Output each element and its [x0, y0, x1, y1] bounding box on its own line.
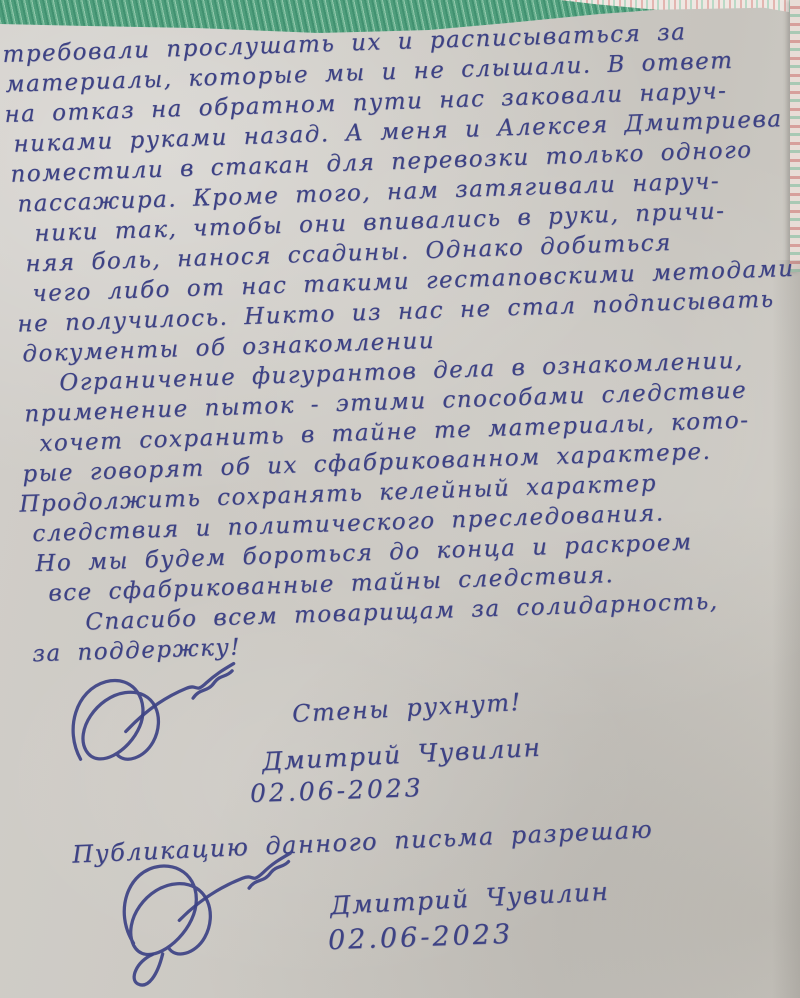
slogan-line: Стены рухнут!	[291, 688, 522, 728]
photo-of-handwritten-letter: требовали прослушать их и расписываться …	[0, 0, 800, 998]
permission-signer-name: Дмитрий Чувилин	[329, 877, 610, 921]
signer-name: Дмитрий Чувилин	[261, 733, 542, 777]
letter-body: требовали прослушать их и расписываться …	[2, 13, 800, 670]
permission-date: 02.06-2023	[328, 919, 514, 956]
signature-scrawl-2	[105, 845, 367, 996]
signature-date: 02.06-2023	[250, 773, 425, 808]
